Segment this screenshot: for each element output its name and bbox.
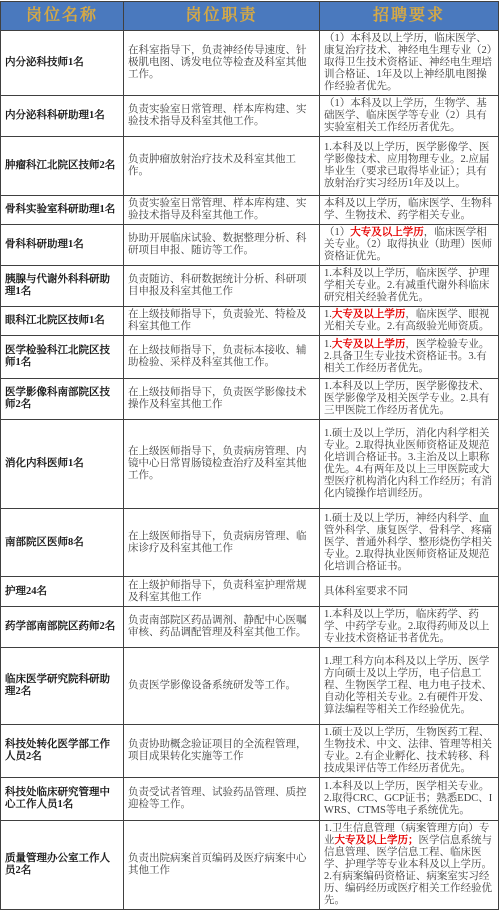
- job-duties-cell: 负责医学影像设备系统研发等工作。: [124, 648, 320, 725]
- table-row: 临床医学研究院科研助理2名负责医学影像设备系统研发等工作。1.理工科方向本科及以…: [1, 648, 499, 725]
- requirements-cell: 具体科室要求不同: [320, 577, 499, 607]
- requirements-cell: 1.理工科方向本科及以上学历、医学方向硕士及以上学历，电子信息工程、生物医学工程…: [320, 648, 499, 725]
- table-row: 南部院区医师8名在上级医师指导下，负责病房管理、临床诊疗及科室其他工作1.硕士及…: [1, 509, 499, 577]
- requirement-highlight-text: 大专及以上学历；: [335, 835, 419, 846]
- position-name-cell: 胰腺与代谢外科科研助理1名: [1, 266, 124, 307]
- job-duties-cell: 在上级医师指导下，负责病房管理、临床诊疗及科室其他工作: [124, 509, 320, 577]
- requirements-cell: （1）大专及以上学历，临床医学相关专业。（2）取得执业（助理）医师资格证优先。: [320, 225, 499, 266]
- requirements-cell: （1）本科及以上学历，临床医学、康复治疗技术、神经电生理专业（2）取得卫生技术资…: [320, 31, 499, 96]
- requirements-cell: 1.硕士及以上学历，消化内科学相关专业。2.取得执业医师资格证及规范化培训合格证…: [320, 420, 499, 509]
- position-name-cell: 内分泌科科研助理1名: [1, 96, 124, 137]
- requirements-cell: 1.本科及以上学历，临床药学、药学、中药学专业。2.取得药师及以上专业技术资格证…: [320, 607, 499, 648]
- position-name-cell: 骨科实验室科研助理1名: [1, 196, 124, 225]
- position-name-cell: 质量管理办公室工作人员2名: [1, 821, 124, 910]
- position-name-cell: 科技处临床研究管理中心工作人员1名: [1, 778, 124, 821]
- table-body: 内分泌科技师1名在科室指导下，负责神经传导速度、针极肌电图、诱发电位等检查及科室…: [1, 31, 499, 910]
- requirements-cell: （1）本科及以上学历，生物学、基础医学、临床医学等专业（2）具有实验室相关工作经…: [320, 96, 499, 137]
- requirement-highlight-text: 大专及以上学历: [332, 309, 406, 320]
- requirement-text: 1.本科及以上学历，医学影像学、医学影像技术、应用物理专业。2.应届毕业生（要求…: [324, 142, 489, 189]
- job-duties-cell: 负责随访、科研数据统计分析、科研项目申报及科室其他工作: [124, 266, 320, 307]
- requirement-text: （1）: [324, 227, 350, 238]
- requirement-text: （1）本科及以上学历，临床医学、康复治疗技术、神经电生理专业（2）取得卫生技术资…: [324, 33, 492, 92]
- position-name-cell: 南部院区医师8名: [1, 509, 124, 577]
- requirement-text: 1.硕士及以上学历，神经内科学、血管外科学、康复医学、骨科学、疼痛医学、普通外科…: [324, 513, 492, 572]
- job-duties-cell: 在上级技师指导下，负责标本接收、辅助检验、采样及科室其他工作。: [124, 336, 320, 379]
- requirements-cell: 1.本科及以上学历，临床医学、护理学相关专业。2.有减重代谢外科临床研究相关经验…: [320, 266, 499, 307]
- recruitment-table: 岗位名称 岗位职责 招聘要求 内分泌科技师1名在科室指导下，负责神经传导速度、针…: [0, 1, 499, 910]
- job-duties-cell: 负责实验室日常管理、样本库构建、实验技术指导及科室其他工作。: [124, 96, 320, 137]
- requirements-cell: 1.本科及以上学历，医学相关专业。2.取得CRC、GCP证书；熟悉EDC、IWR…: [320, 778, 499, 821]
- requirement-text: 1.本科及以上学历，医学影像技术、医学影像学及相关医学专业。2.具有三甲医院工作…: [324, 381, 489, 416]
- table-row: 内分泌科科研助理1名负责实验室日常管理、样本库构建、实验技术指导及科室其他工作。…: [1, 96, 499, 137]
- table-row: 护理24名在上级护师指导下，负责科室护理常规及科室其他工作具体科室要求不同: [1, 577, 499, 607]
- position-name-cell: 医学检验科江北院区技师1名: [1, 336, 124, 379]
- job-duties-cell: 在上级技师指导下，负责验光、特检及科室其他工作: [124, 307, 320, 336]
- column-header-job-duties: 岗位职责: [124, 2, 320, 31]
- job-duties-cell: 在上级医师指导下，负责病房管理、内镜中心日常胃肠镜检查治疗及科室其他工作。: [124, 420, 320, 509]
- table-row: 质量管理办公室工作人员2名负责出院病案首页编码及医疗病案中心其他工作1.卫生信息…: [1, 821, 499, 910]
- requirement-text: 1.本科及以上学历，临床医学、护理学相关专业。2.有减重代谢外科临床研究相关经验…: [324, 268, 489, 303]
- table-row: 骨科实验室科研助理1名负责实验室日常管理、样本库构建、实验技术指导及科室其他工作…: [1, 196, 499, 225]
- position-name-cell: 药学部南部院区药师2名: [1, 607, 124, 648]
- requirements-cell: 1.大专及以上学历，临床医学、眼视光相关专业。2.有高级验光师资质。: [320, 307, 499, 336]
- table-row: 肿瘤科江北院区技师2名负责肿瘤放射治疗技术及科室其他工作。1.本科及以上学历，医…: [1, 137, 499, 196]
- requirement-text: 本科及以上学历，临床医学、生物科学、生物技术、药学相关专业。: [324, 198, 492, 221]
- requirements-cell: 1.大专及以上学历，医学检验专业。2.具备卫生专业技术资格证书。3.有相关工作经…: [320, 336, 499, 379]
- position-name-cell: 消化内科医师1名: [1, 420, 124, 509]
- column-header-recruitment-requirements: 招聘要求: [320, 2, 499, 31]
- requirements-cell: 本科及以上学历，临床医学、生物科学、生物技术、药学相关专业。: [320, 196, 499, 225]
- requirement-text: （1）本科及以上学历，生物学、基础医学、临床医学等专业（2）具有实验室相关工作经…: [324, 98, 487, 133]
- job-duties-cell: 协助开展临床试验、数据整理分析、科研项目申报、随访等工作。: [124, 225, 320, 266]
- table-row: 消化内科医师1名在上级医师指导下，负责病房管理、内镜中心日常胃肠镜检查治疗及科室…: [1, 420, 499, 509]
- requirement-text: 1.本科及以上学历，医学相关专业。2.取得CRC、GCP证书；熟悉EDC、IWR…: [324, 781, 492, 816]
- table-row: 内分泌科技师1名在科室指导下，负责神经传导速度、针极肌电图、诱发电位等检查及科室…: [1, 31, 499, 96]
- table-row: 科技处临床研究管理中心工作人员1名负责受试者管理、试验药品管理、质控迎检等工作。…: [1, 778, 499, 821]
- requirement-highlight-text: 大专及以上学历: [332, 339, 406, 350]
- job-duties-cell: 负责实验室日常管理、样本库构建、实验技术指导及科室其他工作。: [124, 196, 320, 225]
- table-row: 药学部南部院区药师2名负责南部院区药品调剂、静配中心医嘱审核、药品调配管理及科室…: [1, 607, 499, 648]
- job-duties-cell: 负责协助概念验证项目的全流程管理，项目成果转化实施等工作: [124, 725, 320, 778]
- requirements-cell: 1.本科及以上学历，医学影像学、医学影像技术、应用物理专业。2.应届毕业生（要求…: [320, 137, 499, 196]
- requirement-text: 1.硕士及以上学历，消化内科学相关专业。2.取得执业医师资格证及规范化培训合格证…: [324, 428, 492, 499]
- table-row: 骨科科研助理1名协助开展临床试验、数据整理分析、科研项目申报、随访等工作。（1）…: [1, 225, 499, 266]
- position-name-cell: 科技处转化医学部工作人员2名: [1, 725, 124, 778]
- requirements-cell: 1.硕士及以上学历，神经内科学、血管外科学、康复医学、骨科学、疼痛医学、普通外科…: [320, 509, 499, 577]
- job-duties-cell: 负责肿瘤放射治疗技术及科室其他工作。: [124, 137, 320, 196]
- position-name-cell: 医学影像科南部院区技师2名: [1, 379, 124, 420]
- requirement-highlight-text: 大专及以上学历: [350, 227, 424, 238]
- requirement-text: 1.: [324, 339, 332, 350]
- requirement-text: 1.本科及以上学历，临床药学、药学、中药学专业。2.取得药师及以上专业技术资格证…: [324, 609, 489, 644]
- job-duties-cell: 在上级护师指导下，负责科室护理常规及科室其他工作: [124, 577, 320, 607]
- column-header-position-name: 岗位名称: [1, 2, 124, 31]
- requirements-cell: 1.本科及以上学历，医学影像技术、医学影像学及相关医学专业。2.具有三甲医院工作…: [320, 379, 499, 420]
- requirement-text: 1.: [324, 309, 332, 320]
- position-name-cell: 临床医学研究院科研助理2名: [1, 648, 124, 725]
- table-row: 医学检验科江北院区技师1名在上级技师指导下，负责标本接收、辅助检验、采样及科室其…: [1, 336, 499, 379]
- table-row: 胰腺与代谢外科科研助理1名负责随访、科研数据统计分析、科研项目申报及科室其他工作…: [1, 266, 499, 307]
- requirement-text: 1.理工科方向本科及以上学历、医学方向硕士及以上学历，电子信息工程、生物医学工程…: [324, 656, 492, 715]
- requirement-text: 1.硕士及以上学历，生物医药工程、生物技术、中文、法律、管理等相关专业。2.有企…: [324, 727, 492, 774]
- table-row: 医学影像科南部院区技师2名在上级技师指导下，负责医学影像技术操作及科室其他工作1…: [1, 379, 499, 420]
- table-row: 眼科江北院区技师1名在上级技师指导下，负责验光、特检及科室其他工作1.大专及以上…: [1, 307, 499, 336]
- position-name-cell: 内分泌科技师1名: [1, 31, 124, 96]
- position-name-cell: 骨科科研助理1名: [1, 225, 124, 266]
- recruitment-table-wrapper: 岗位名称 岗位职责 招聘要求 内分泌科技师1名在科室指导下，负责神经传导速度、针…: [0, 0, 499, 910]
- position-name-cell: 护理24名: [1, 577, 124, 607]
- job-duties-cell: 在上级技师指导下，负责医学影像技术操作及科室其他工作: [124, 379, 320, 420]
- job-duties-cell: 在科室指导下，负责神经传导速度、针极肌电图、诱发电位等检查及科室其他工作。: [124, 31, 320, 96]
- table-row: 科技处转化医学部工作人员2名负责协助概念验证项目的全流程管理，项目成果转化实施等…: [1, 725, 499, 778]
- job-duties-cell: 负责出院病案首页编码及医疗病案中心其他工作: [124, 821, 320, 910]
- table-header-row: 岗位名称 岗位职责 招聘要求: [1, 2, 499, 31]
- position-name-cell: 眼科江北院区技师1名: [1, 307, 124, 336]
- requirements-cell: 1.硕士及以上学历，生物医药工程、生物技术、中文、法律、管理等相关专业。2.有企…: [320, 725, 499, 778]
- job-duties-cell: 负责南部院区药品调剂、静配中心医嘱审核、药品调配管理及科室其他工作。: [124, 607, 320, 648]
- requirements-cell: 1.卫生信息管理（病案管理方向）专业大专及以上学历；医学信息系统与信息管理、医学…: [320, 821, 499, 910]
- job-duties-cell: 负责受试者管理、试验药品管理、质控迎检等工作。: [124, 778, 320, 821]
- requirement-text: 具体科室要求不同: [324, 586, 408, 597]
- position-name-cell: 肿瘤科江北院区技师2名: [1, 137, 124, 196]
